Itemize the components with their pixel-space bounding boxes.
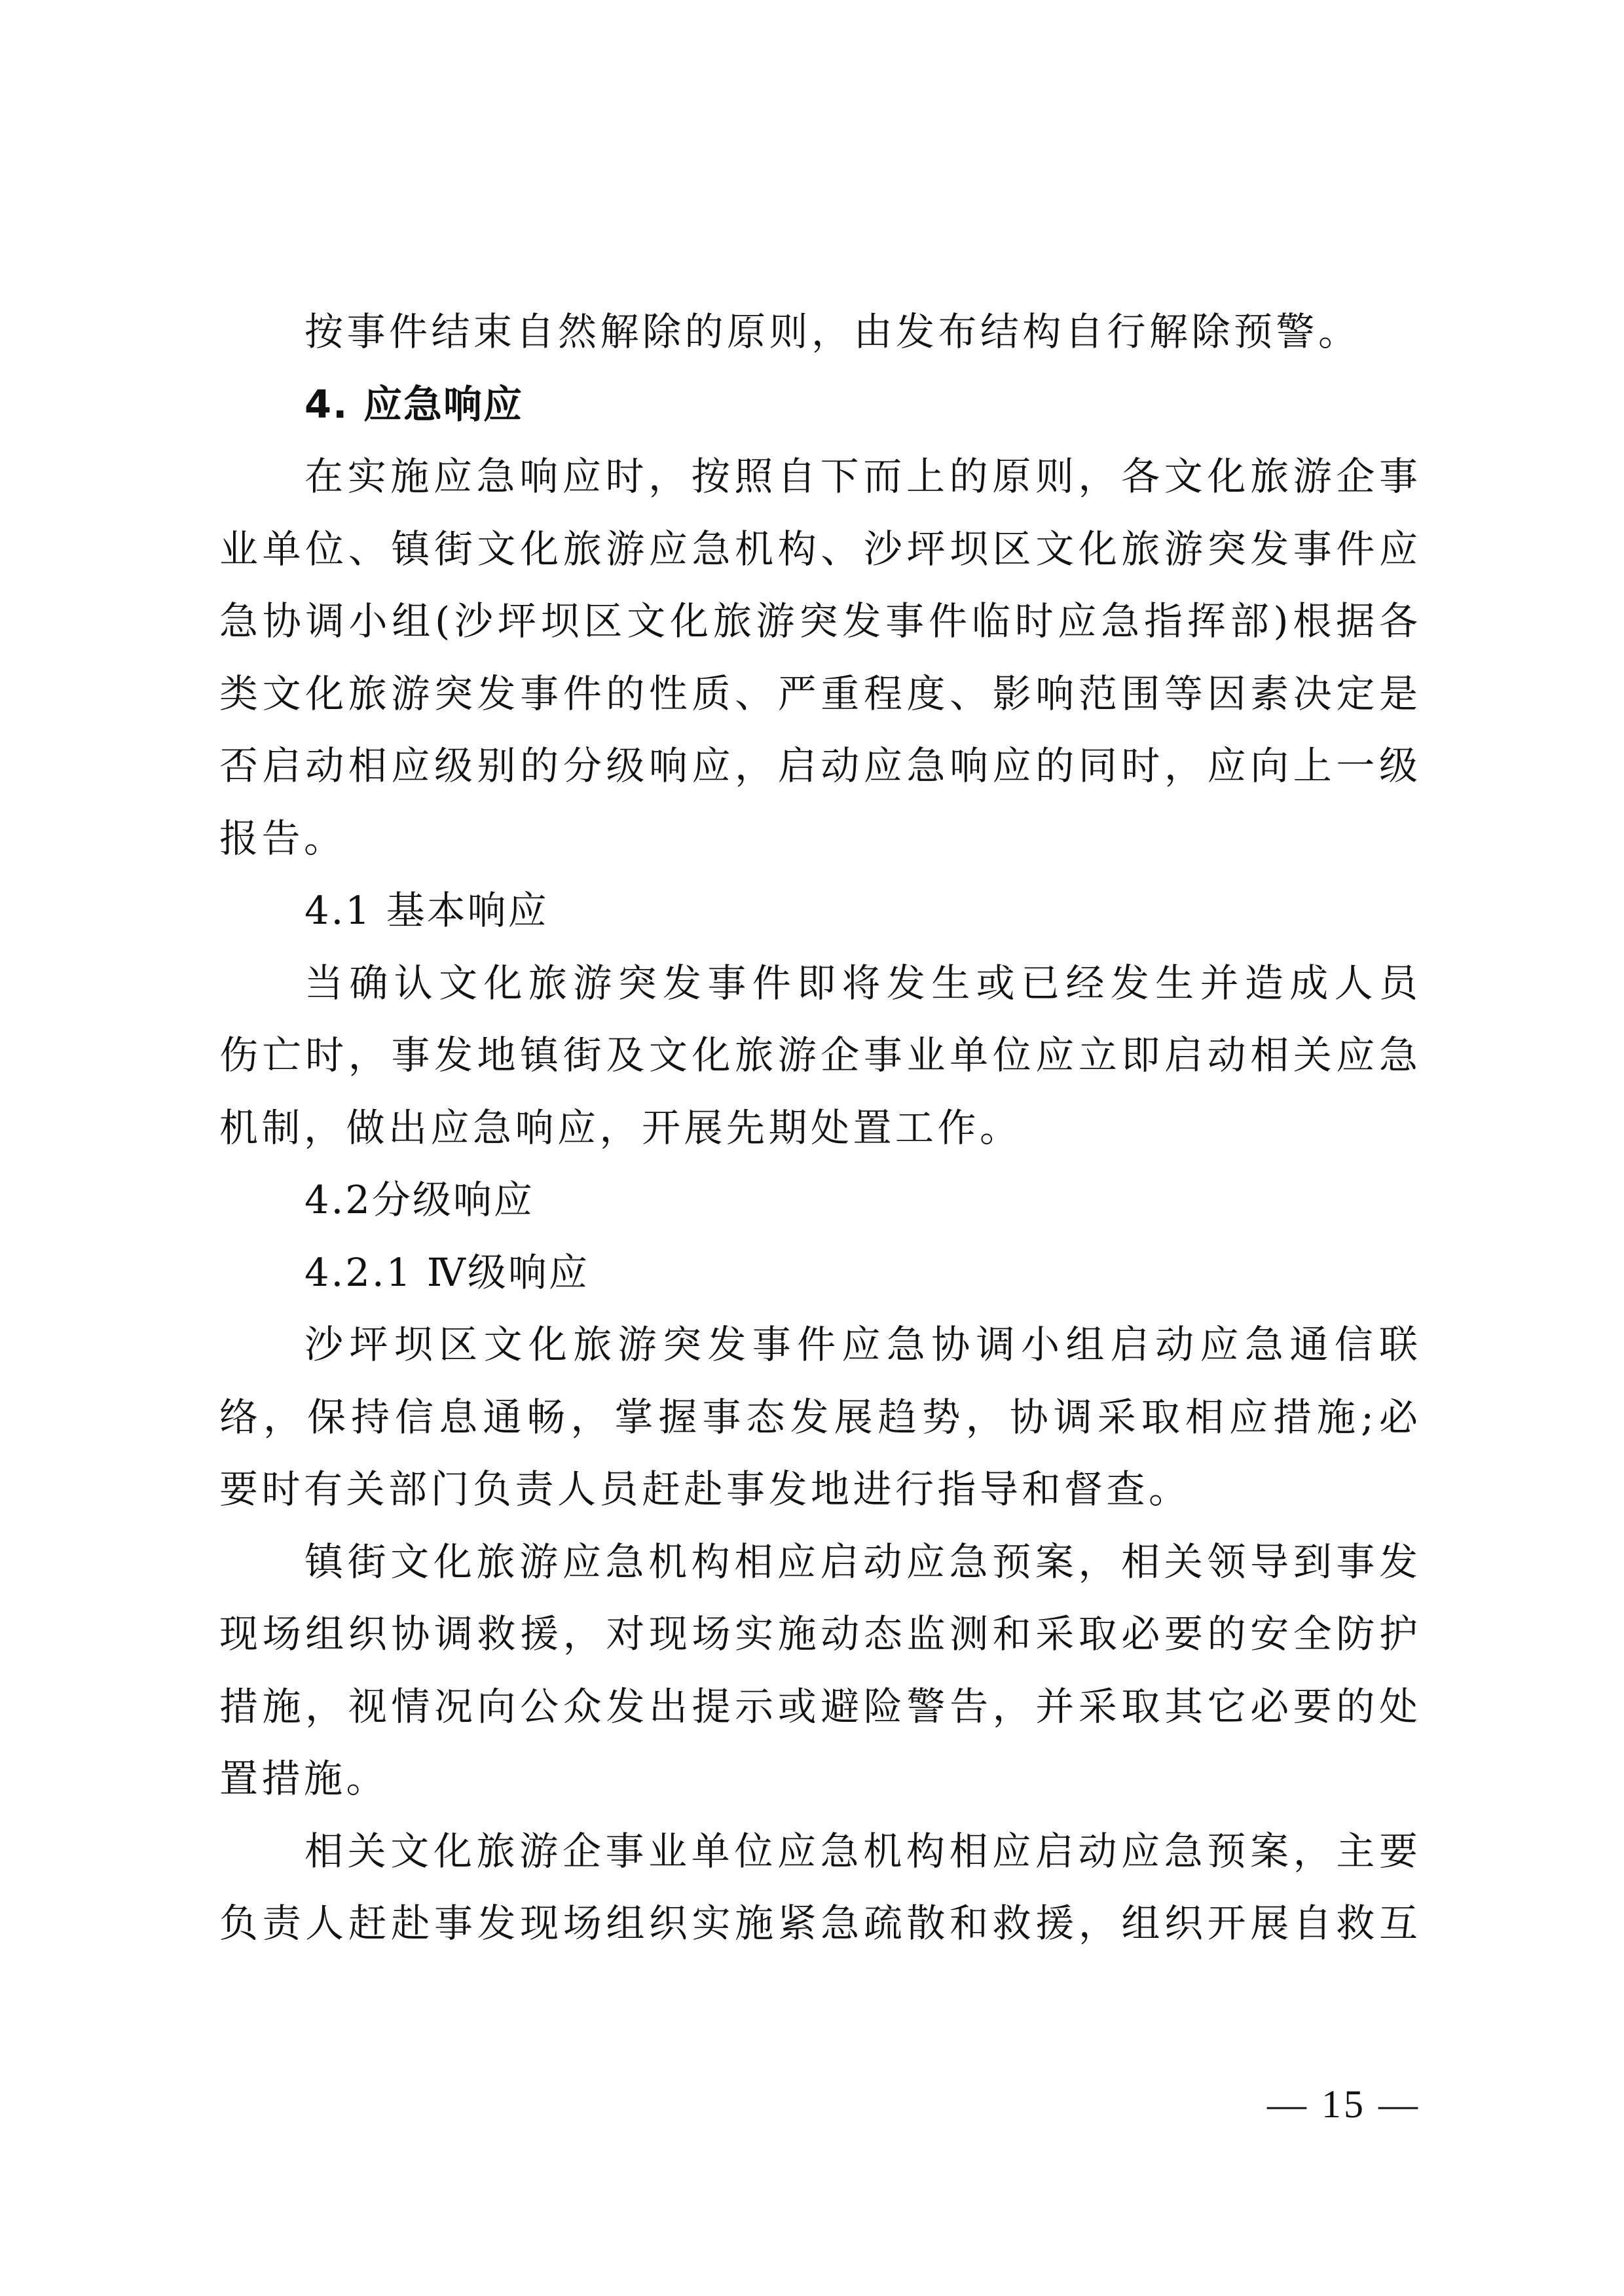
subsection-heading: 4.1 基本响应: [219, 875, 1418, 947]
paragraph-line: 急协调小组(沙坪坝区文化旅游突发事件临时应急指挥部)根据各: [219, 585, 1418, 658]
paragraph-line: 当确认文化旅游突发事件即将发生或已经发生并造成人员: [219, 947, 1418, 1020]
page-number: — 15 —: [1267, 2082, 1420, 2127]
paragraph-line: 相关文化旅游企事业单位应急机构相应启动应急预案，主要: [219, 1815, 1418, 1888]
paragraph-line: 现场组织协调救援，对现场实施动态监测和采取必要的安全防护: [219, 1598, 1418, 1671]
paragraph-line: 按事件结束自然解除的原则，由发布结构自行解除预警。: [219, 296, 1418, 369]
subsection-heading: 4.2分级响应: [219, 1164, 1418, 1237]
paragraph-line: 报告。: [219, 803, 1418, 875]
paragraph-line: 机制，做出应急响应，开展先期处置工作。: [219, 1092, 1418, 1165]
paragraph-line: 在实施应急响应时，按照自下而上的原则，各文化旅游企事: [219, 441, 1418, 513]
paragraph-line: 业单位、镇街文化旅游应急机构、沙坪坝区文化旅游突发事件应: [219, 513, 1418, 586]
paragraph-line: 置措施。: [219, 1743, 1418, 1815]
paragraph-line: 沙坪坝区文化旅游突发事件应急协调小组启动应急通信联: [219, 1309, 1418, 1381]
paragraph-line: 要时有关部门负责人员赶赴事发地进行指导和督查。: [219, 1453, 1418, 1526]
paragraph-line: 伤亡时，事发地镇街及文化旅游企事业单位应立即启动相关应急: [219, 1019, 1418, 1092]
document-body: 按事件结束自然解除的原则，由发布结构自行解除预警。 4. 应急响应 在实施应急响…: [219, 296, 1418, 1960]
paragraph-line: 络，保持信息通畅，掌握事态发展趋势，协调采取相应措施;必: [219, 1381, 1418, 1454]
section-heading: 4. 应急响应: [219, 369, 1418, 441]
paragraph-line: 类文化旅游突发事件的性质、严重程度、影响范围等因素决定是: [219, 658, 1418, 731]
subsection-heading: 4.2.1 Ⅳ级响应: [219, 1237, 1418, 1309]
paragraph-line: 否启动相应级别的分级响应，启动应急响应的同时，应向上一级: [219, 730, 1418, 803]
paragraph-line: 负责人赶赴事发现场组织实施紧急疏散和救援，组织开展自救互: [219, 1887, 1418, 1960]
paragraph-line: 镇街文化旅游应急机构相应启动应急预案，相关领导到事发: [219, 1526, 1418, 1599]
document-page: 按事件结束自然解除的原则，由发布结构自行解除预警。 4. 应急响应 在实施应急响…: [0, 0, 1624, 2296]
paragraph-line: 措施，视情况向公众发出提示或避险警告，并采取其它必要的处: [219, 1671, 1418, 1743]
